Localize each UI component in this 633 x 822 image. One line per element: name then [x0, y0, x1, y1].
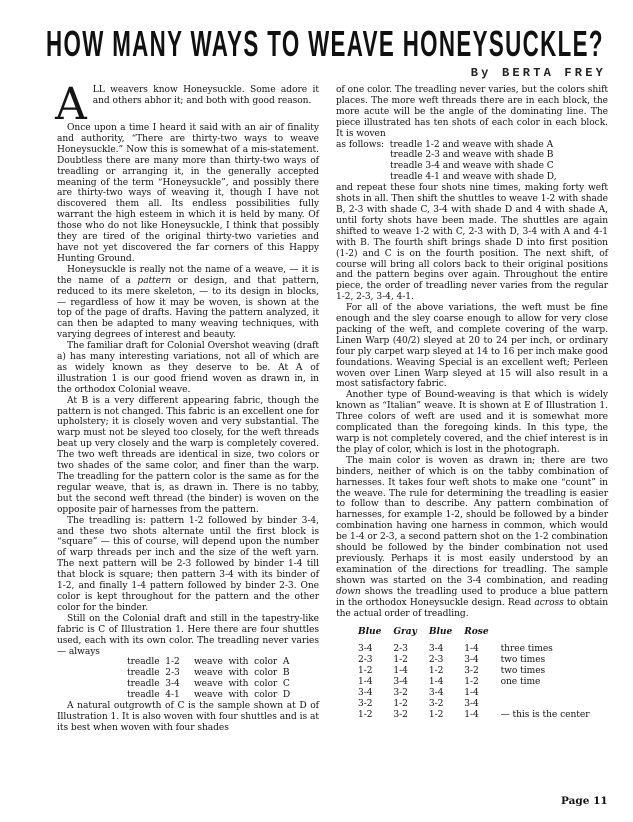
column-header: Rose — [464, 627, 500, 644]
list-item: treadle 3-4 weave with color C — [127, 679, 319, 690]
list-item: treadle 3-4 and weave with shade C — [336, 161, 608, 172]
table-cell: 1-2 — [358, 710, 393, 721]
column-header: Blue — [358, 627, 393, 644]
left-column: A LL weavers know Honeysuckle. Some ador… — [57, 85, 319, 734]
lead-paragraph: A LL weavers know Honeysuckle. Some ador… — [57, 85, 319, 107]
page-number: Page 11 — [561, 795, 608, 807]
table-cell: 1-2 — [464, 677, 500, 688]
table-cell: 3-4 — [358, 644, 393, 655]
paragraph: and repeat these four shots nine times, … — [336, 183, 608, 303]
article-title: HOW MANY WAYS TO WEAVE HONEYSUCKLE? — [46, 24, 393, 64]
treadle-shade-list: as follows: treadle 1-2 and weave with s… — [336, 140, 608, 184]
table-cell: 3-2 — [429, 699, 464, 710]
table-cell: 3-4 — [429, 644, 464, 655]
table-cell — [501, 688, 602, 699]
table-cell: 2-3 — [429, 655, 464, 666]
paragraph: Honeysuckle is really not the name of a … — [57, 265, 319, 341]
right-column: of one color. The treadling never varies… — [336, 85, 608, 721]
list-item: treadle 4-1 weave with color D — [127, 690, 319, 701]
table-cell: 2-3 — [393, 644, 429, 655]
table-cell: 1-2 — [393, 699, 429, 710]
table-row: 2-31-22-33-4two times — [358, 655, 602, 666]
table-row: 1-43-41-41-2one time — [358, 677, 602, 688]
column-header: Blue — [429, 627, 464, 644]
column-header — [501, 627, 602, 644]
paragraph: Still on the Colonial draft and still in… — [57, 614, 319, 658]
table-cell: 3-2 — [393, 710, 429, 721]
table-row: 3-42-33-41-4three times — [358, 644, 602, 655]
table-cell: 3-4 — [464, 699, 500, 710]
table-cell: 2-3 — [358, 655, 393, 666]
byline: By BERTA FREY — [471, 66, 606, 80]
paragraph: of one color. The treadling never varies… — [336, 85, 608, 140]
table-cell: 1-4 — [464, 688, 500, 699]
table-cell: 1-2 — [358, 666, 393, 677]
table-cell: 3-4 — [358, 688, 393, 699]
drop-cap: A — [55, 87, 87, 123]
paragraph: Another type of Bound-weaving is that wh… — [336, 390, 608, 455]
list-item: treadle 4-1 and weave with shade D, — [336, 172, 608, 183]
paragraph: Once upon a time I heard it said with an… — [57, 123, 319, 265]
table-cell: 3-2 — [393, 688, 429, 699]
list-item: treadle 2-3 weave with color B — [127, 668, 319, 679]
table-header-row: Blue Gray Blue Rose — [358, 627, 602, 644]
table-cell: 3-4 — [464, 655, 500, 666]
table-cell: 1-2 — [393, 655, 429, 666]
table-cell: 3-2 — [358, 699, 393, 710]
table-row: 1-23-21-21-4— this is the center — [358, 710, 602, 721]
table-cell: 1-4 — [464, 644, 500, 655]
table-cell: 1-4 — [464, 710, 500, 721]
table-row: 3-43-23-41-4 — [358, 688, 602, 699]
table-cell: 3-4 — [393, 677, 429, 688]
paragraph: A natural outgrowth of C is the sample s… — [57, 701, 319, 734]
list-item: treadle 2-3 and weave with shade B — [336, 150, 608, 161]
table-cell: three times — [501, 644, 602, 655]
table-cell: 1-4 — [429, 677, 464, 688]
table-row: 1-21-41-23-2two times — [358, 666, 602, 677]
lead-text: LL weavers know Honeysuckle. Some adore … — [57, 85, 319, 107]
table-cell: 1-4 — [358, 677, 393, 688]
table-cell: one time — [501, 677, 602, 688]
table-cell: 1-2 — [429, 666, 464, 677]
table-cell: two times — [501, 666, 602, 677]
paragraph: The familiar draft for Colonial Overshot… — [57, 341, 319, 396]
paragraph: The treadling is: pattern 1-2 followed b… — [57, 516, 319, 614]
treadle-color-list: treadle 1-2 weave with color A treadle 2… — [127, 657, 319, 701]
paragraph: At B is a very different appearing fabri… — [57, 396, 319, 516]
table-cell: 3-2 — [464, 666, 500, 677]
column-header: Gray — [393, 627, 429, 644]
list-item: as follows: treadle 1-2 and weave with s… — [336, 140, 608, 151]
table-cell: 1-4 — [393, 666, 429, 677]
paragraph: For all of the above variations, the wef… — [336, 303, 608, 390]
table-row: 3-21-23-23-4 — [358, 699, 602, 710]
table-cell: 3-4 — [429, 688, 464, 699]
treadling-table: Blue Gray Blue Rose 3-42-33-41-4three ti… — [358, 627, 602, 721]
paragraph: The main color is woven as drawn in; the… — [336, 456, 608, 620]
list-item: treadle 1-2 weave with color A — [127, 657, 319, 668]
table-cell — [501, 699, 602, 710]
table-cell: — this is the center — [501, 710, 602, 721]
table-cell: 1-2 — [429, 710, 464, 721]
table-cell: two times — [501, 655, 602, 666]
